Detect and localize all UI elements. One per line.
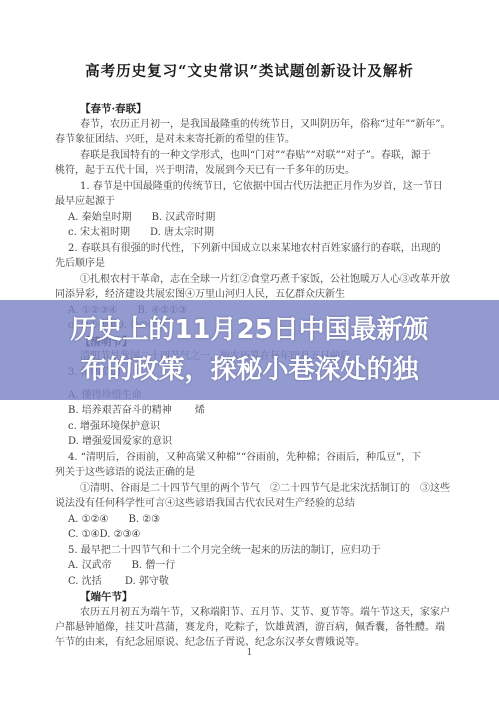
document-title: 高考历史复习“文史常识”类试题创新设计及解析 (0, 60, 499, 81)
text-line: 桃符，起于五代十国，兴于明清，发展到今天已有一千多年的历史。 (55, 165, 355, 177)
text-line: A. 秦始皇时期 B. 汉武帝时期 (68, 212, 215, 224)
overlay-headline[interactable]: 历史上的11月25日中国最新颁 布的政策，探秘小巷深处的独 (0, 310, 499, 390)
text-line: ①扎根农村干革命，志在全球一片红②食堂巧煮千家饭，公社饱暖万人心③改革开放 (80, 274, 450, 286)
text-line: 春联是我国特有的一种文学形式，也叫“门对”“春贴”“对联”“对子”。春联，源于 (80, 150, 431, 162)
text-line: 户都悬钟馗像，挂艾叶菖蒲，赛龙舟，吃粽子，饮雄黄酒，游百病，佩香囊，备牲醴。端 (55, 622, 445, 634)
text-line: 1. 春节是中国最隆重的传统节日，它依据中国古代历法把正月作为岁首，这一节日 (80, 181, 443, 193)
text-line: A. ①②④ B. ②③ (68, 514, 160, 526)
text-line: 春节象征团结、兴旺，是对未来寄托新的希望的佳节。 (55, 134, 295, 146)
text-line: 2. 春联具有很强的时代性，下列新中国成立以来某地农村百姓家盛行的春联，出现的 (68, 243, 441, 255)
overlay-headline-line2: 布的政策，探秘小巷深处的独 (0, 350, 499, 390)
section-heading: 【春节·春联】 (80, 103, 147, 115)
text-line: D. 增强爱国爱家的意识 (68, 436, 172, 448)
section-heading: 【端午节】 (80, 591, 133, 603)
text-line: c. 增强环境保护意识 (68, 421, 160, 433)
text-line: 说法没有任何科学性可言④这些谚语我国古代农民对生产经验的总结 (55, 498, 355, 510)
text-line: ①清明、谷雨是二十四节气里的两个节气 ②二十四节气是北宋沈括制订的 ③这些 (80, 483, 450, 495)
text-line: C. 沈括 D. 郭守敬 (68, 576, 169, 588)
text-line: B. 培养艰苦奋斗的精神 烯 (68, 405, 205, 417)
text-line: 先后顺序是 (55, 258, 105, 270)
text-line: 春节，农历正月初一，是我国最隆重的传统节日，又叫阴历年，俗称“过年”“新年”。 (80, 119, 450, 131)
text-line: 最早应起源于 (55, 196, 115, 208)
text-line: 4. “清明后，谷雨前，又种高粱又种棉”“谷雨前，先种棉；谷雨后，种瓜豆”，下 (68, 452, 421, 464)
text-line: 5. 最早把二十四节气和十二个月完全统一起来的历法的制订，应归功于 (68, 545, 381, 557)
page-number: 1 (0, 648, 499, 658)
text-line: A. 汉武帝 B. 僧一行 (68, 560, 175, 572)
text-line: c. 宋太祖时期 D. 唐太宗时期 (68, 227, 214, 239)
text-line: 农历五月初五为端午节，又称端阳节、五月节、艾节、夏节等。端午节这天，家家户 (80, 607, 450, 619)
text-line: 列关于这些谚语的说法正确的是 (55, 467, 195, 479)
overlay-headline-line1: 历史上的11月25日中国最新颁 (0, 310, 499, 350)
text-line: C. ①④D. ②③④ (68, 529, 141, 541)
